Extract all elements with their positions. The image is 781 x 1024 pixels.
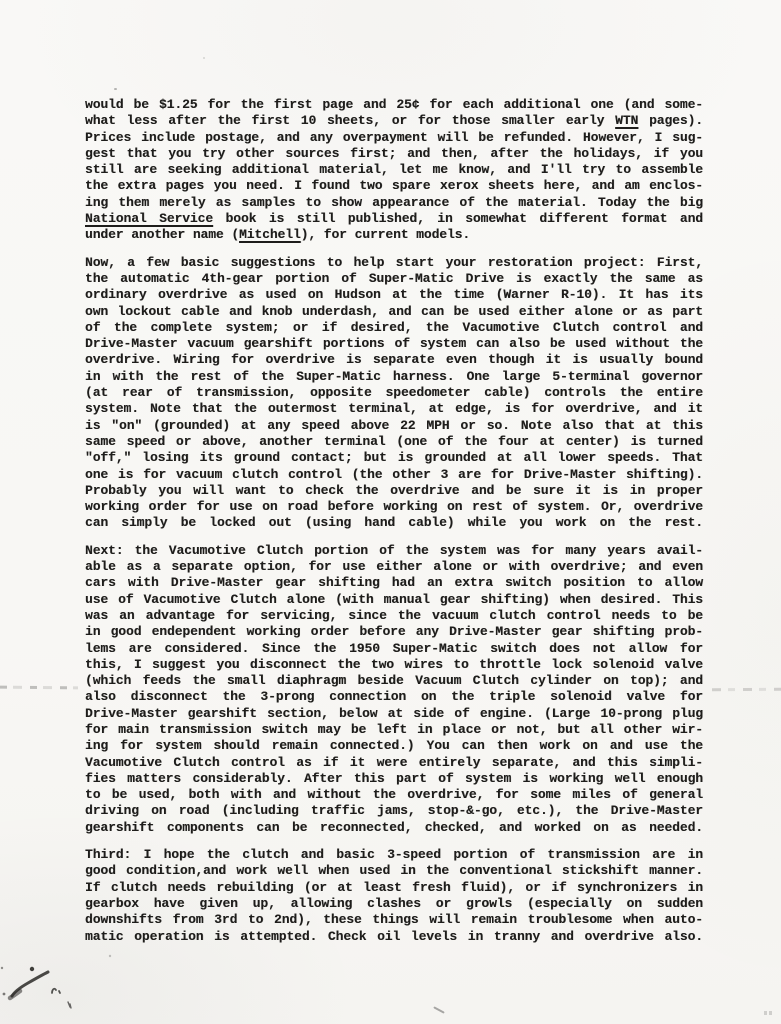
text-line: ing them merely as samples to show appea…	[85, 195, 703, 211]
text-line: fies matters considerably. After this pa…	[85, 771, 703, 787]
text-line: National Service book is still published…	[85, 211, 703, 227]
text-line: matic operation is attempted. Check oil …	[85, 929, 703, 945]
text-line: Drive-Master vacuum gearshift portions o…	[85, 336, 703, 352]
paper-speck	[114, 88, 117, 90]
scan-speck-bottom	[433, 1006, 445, 1013]
text-line: was an advantage for servicing, since th…	[85, 608, 703, 624]
pen-scribble-mark	[0, 950, 130, 1020]
text-line: system. Note that the outermost terminal…	[85, 401, 703, 417]
text-line: own lockout cable and knob underdash, an…	[85, 304, 703, 320]
text-line: also disconnect the 3-prong connection o…	[85, 689, 703, 705]
text-line: driving on road (including traffic jams,…	[85, 803, 703, 819]
text-line: cars with Drive-Master gear shifting had…	[85, 575, 703, 591]
text-line: the extra pages you need. I found two sp…	[85, 178, 703, 194]
text-line: one is for vacuum clutch control (the ot…	[85, 467, 703, 483]
paper-speck	[203, 57, 205, 59]
text-line: what less after the first 10 sheets, or …	[85, 113, 703, 129]
text-line: downshifts from 3rd to 2nd), these thing…	[85, 912, 703, 928]
text-line: for main transmission switch may be left…	[85, 722, 703, 738]
document-page: would be $1.25 for the first page and 25…	[0, 0, 781, 1024]
text-line: overdrive. Wiring for overdrive is separ…	[85, 352, 703, 368]
paragraph: Now, a few basic suggestions to help sta…	[85, 255, 703, 532]
text-line: is "on" (grounded) at any speed above 22…	[85, 418, 703, 434]
text-line: would be $1.25 for the first page and 25…	[85, 97, 703, 113]
text-line: able as a separate option, for use eithe…	[85, 559, 703, 575]
text-line: (at rear of transmission, opposite speed…	[85, 385, 703, 401]
underlined-term: Mitchell	[239, 227, 301, 242]
letter-body: would be $1.25 for the first page and 25…	[85, 97, 703, 956]
text-line: (which feeds the small diaphragm beside …	[85, 673, 703, 689]
text-line: same speed or above, another terminal (o…	[85, 434, 703, 450]
text-line: If clutch needs rebuilding (or at least …	[85, 880, 703, 896]
text-line: Now, a few basic suggestions to help sta…	[85, 255, 703, 271]
text-line: this, I suggest you disconnect the two w…	[85, 657, 703, 673]
text-line: still are seeking additional material, l…	[85, 162, 703, 178]
scan-dash-artifact-left	[0, 686, 78, 690]
text-line: Prices include postage, and any overpaym…	[85, 130, 703, 146]
underlined-term: National Service	[85, 211, 213, 226]
text-line: can simply be locked out (using hand cab…	[85, 515, 703, 531]
text-line: ing for system should remain connected.)…	[85, 738, 703, 754]
paragraph: would be $1.25 for the first page and 25…	[85, 97, 703, 244]
text-line: to be used, both with and without the ov…	[85, 787, 703, 803]
text-line: Third: I hope the clutch and basic 3-spe…	[85, 847, 703, 863]
underlined-term: WTN	[615, 113, 638, 128]
text-line: in good endependent working order before…	[85, 624, 703, 640]
text-line: "off," losing its ground contact; but is…	[85, 450, 703, 466]
text-line: Probably you will want to check the over…	[85, 483, 703, 499]
text-line: under another name (Mitchell), for curre…	[85, 227, 703, 243]
text-line: Drive-Master gearshift section, below at…	[85, 706, 703, 722]
text-line: in with the rest of the Super-Matic harn…	[85, 369, 703, 385]
scan-speck-corner	[764, 1011, 774, 1015]
paragraph: Third: I hope the clutch and basic 3-spe…	[85, 847, 703, 945]
text-line: working order for use on road before wor…	[85, 499, 703, 515]
text-line: of the complete system; or if desired, t…	[85, 320, 703, 336]
text-line: lems are considered. Since the 1950 Supe…	[85, 641, 703, 657]
text-line: Next: the Vacumotive Clutch portion of t…	[85, 543, 703, 559]
text-line: good condition,and work well when used i…	[85, 863, 703, 879]
text-line: use of Vacumotive Clutch alone (with man…	[85, 592, 703, 608]
scan-dash-artifact-right	[712, 688, 781, 691]
text-line: ordinary overdrive as used on Hudson at …	[85, 287, 703, 303]
text-line: gest that you try other sources first; a…	[85, 146, 703, 162]
text-line: gearshift components can be reconnected,…	[85, 820, 703, 836]
text-line: the automatic 4th-gear portion of Super-…	[85, 271, 703, 287]
text-line: gearbox have given up, allowing clashes …	[85, 896, 703, 912]
text-line: Vacumotive Clutch control as if it were …	[85, 755, 703, 771]
paragraph: Next: the Vacumotive Clutch portion of t…	[85, 543, 703, 836]
